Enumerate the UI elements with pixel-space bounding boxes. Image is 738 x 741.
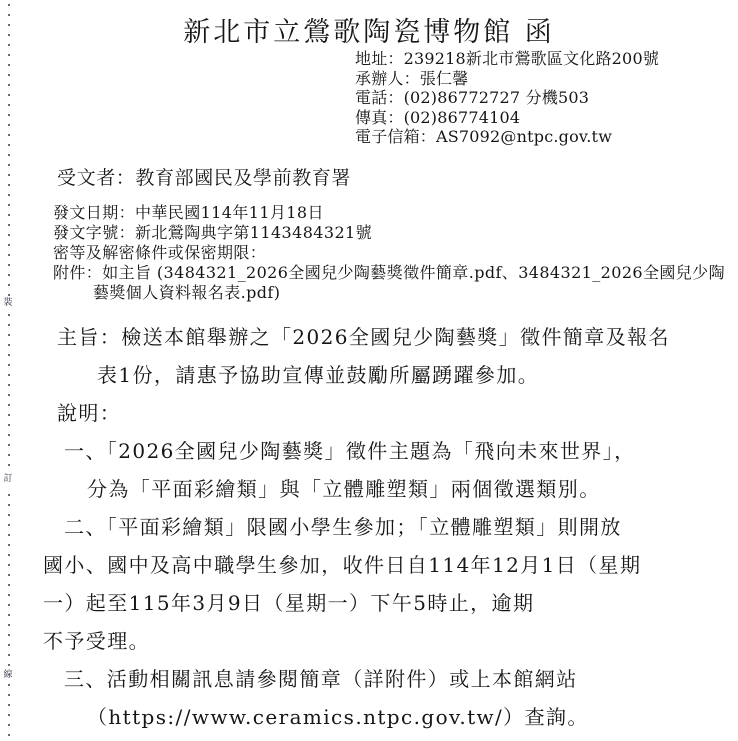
letter-body: 主旨：檢送本館舉辦之「2026全國兒少陶藝獎」徵件簡章及報名 表1份，請惠予協助… — [57, 318, 670, 736]
sender-address: 地址：239218新北市鶯歌區文化路200號 — [355, 49, 659, 69]
explanation-item-1-line-2: 分為「平面彩繪類」與「立體雕塑類」兩個徵選類別。 — [57, 470, 670, 508]
explanation-item-2-line-3: 一）起至115年3月9日（星期一）下午5時止，逾期 — [43, 584, 670, 622]
sender-contact-person: 承辦人：張仁馨 — [355, 69, 659, 89]
attachment-line: 附件：如主旨 (3484321_2026全國兒少陶藝獎徵件簡章.pdf、3484… — [53, 263, 725, 283]
explanation-item-1-line-1: 一、「2026全國兒少陶藝獎」徵件主題為「飛向未來世界」， — [57, 432, 670, 470]
explanation-item-2-line-1: 二、「平面彩繪類」限國小學生參加；「立體雕塑類」則開放 — [57, 508, 670, 546]
recipient-line: 受文者：教育部國民及學前教育署 — [57, 163, 351, 190]
sender-info-block: 地址：239218新北市鶯歌區文化路200號 承辦人：張仁馨 電話：(02)86… — [355, 49, 659, 147]
subject-line: 主旨：檢送本館舉辦之「2026全國兒少陶藝獎」徵件簡章及報名 — [57, 318, 670, 356]
document-title: 新北市立鶯歌陶瓷博物館 函 — [0, 10, 738, 49]
binding-mark-ding: 訂 — [1, 472, 15, 487]
document-meta-block: 發文日期：中華民國114年11月18日 發文字號：新北鶯陶典字第11434843… — [53, 203, 725, 303]
binding-dotted-line — [8, 4, 10, 737]
issue-date: 發文日期：中華民國114年11月18日 — [53, 203, 725, 223]
binding-mark-xian: 線 — [1, 668, 15, 683]
explanation-item-3-line-2: （https://www.ceramics.ntpc.gov.tw/）查詢。 — [57, 698, 670, 736]
official-letter-page: 裝 訂 線 新北市立鶯歌陶瓷博物館 函 地址：239218新北市鶯歌區文化路20… — [0, 0, 738, 741]
security-level: 密等及解密條件或保密期限： — [53, 243, 725, 263]
explanation-item-2-line-4: 不予受理。 — [43, 622, 670, 660]
explanation-item-2-line-2: 國小、國中及高中職學生參加，收件日自114年12月1日（星期 — [43, 546, 670, 584]
sender-phone: 電話：(02)86772727 分機503 — [355, 88, 659, 108]
explanation-label: 說明： — [57, 394, 670, 432]
sender-fax: 傳真：(02)86774104 — [355, 108, 659, 128]
subject-line-continued: 表1份，請惠予協助宣傳並鼓勵所屬踴躍參加。 — [57, 356, 670, 394]
binding-mark-zhuang: 裝 — [1, 296, 15, 311]
sender-email: 電子信箱：AS7092@ntpc.gov.tw — [355, 127, 659, 147]
attachment-line-continued: 藝獎個人資料報名表.pdf) — [53, 283, 725, 303]
doc-number: 發文字號：新北鶯陶典字第1143484321號 — [53, 223, 725, 243]
explanation-item-3-line-1: 三、活動相關訊息請參閱簡章（詳附件）或上本館網站 — [57, 660, 670, 698]
